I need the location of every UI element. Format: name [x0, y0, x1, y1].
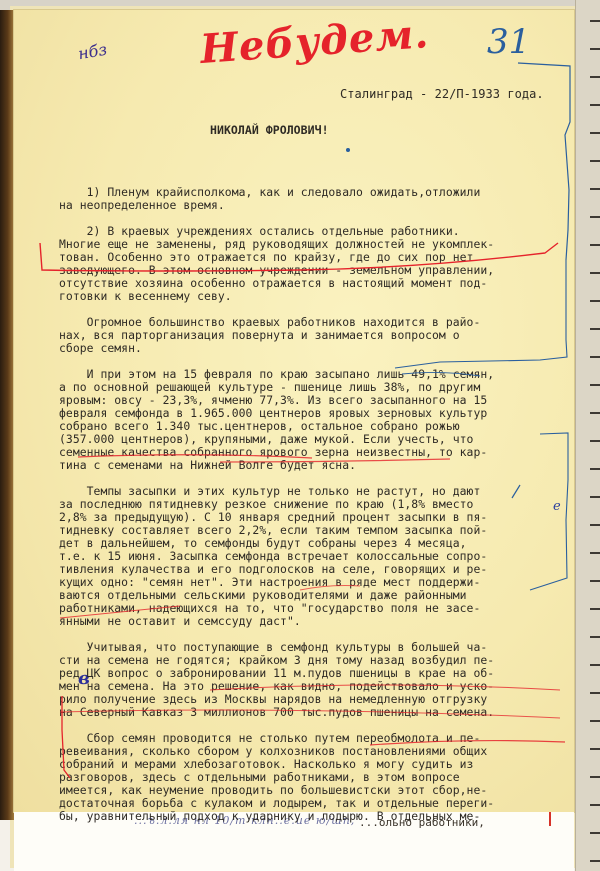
ruler-tick: [590, 468, 600, 470]
ruler-tick: [590, 132, 600, 134]
letter-line: янными не оставит и семссуду даст".: [59, 615, 301, 628]
ruler-tick: [590, 188, 600, 190]
letter-line: тина с семенами на Нижней Волге будет яс…: [59, 459, 356, 472]
ruler-tick: [590, 328, 600, 330]
ruler-tick: [590, 160, 600, 162]
ruler-tick: [590, 580, 600, 582]
letter-line: бы, уравнительный подход к ударнику и ло…: [59, 810, 480, 823]
ruler-tick: [590, 356, 600, 358]
binding-spine: [0, 10, 14, 820]
ruler-tick: [590, 552, 600, 554]
ruler-tick: [590, 244, 600, 246]
letter-line: готовки к весеннему севу.: [59, 290, 232, 303]
place-date: Сталинград - 22/П-1933 года.: [340, 88, 544, 101]
letter-line: на неопределенное время.: [59, 199, 225, 212]
salutation: НИКОЛАЙ ФРОЛОВИЧ!: [210, 124, 329, 137]
ruler-tick: [590, 384, 600, 386]
ruler-tick: [590, 272, 600, 274]
ruler-tick: [590, 48, 600, 50]
ruler-tick: [590, 412, 600, 414]
ruler-tick: [590, 76, 600, 78]
ruler-tick: [590, 776, 600, 778]
ruler-tick: [590, 524, 600, 526]
archive-ruler-strip: [575, 0, 600, 871]
page-number-annotation: 31: [487, 22, 530, 62]
letter-line: сборе семян.: [59, 342, 142, 355]
letter-line: на Северный Кавказ 3 миллионов 700 тыс.п…: [59, 706, 494, 719]
ruler-tick: [590, 748, 600, 750]
ruler-tick: [590, 20, 600, 22]
ruler-tick: [590, 496, 600, 498]
ruler-tick: [590, 608, 600, 610]
ruler-tick: [590, 664, 600, 666]
ruler-tick: [590, 440, 600, 442]
red-pencil-mark: [549, 812, 551, 826]
ruler-tick: [590, 300, 600, 302]
ruler-tick: [590, 216, 600, 218]
ruler-tick: [590, 832, 600, 834]
ruler-tick: [590, 804, 600, 806]
ruler-tick: [590, 692, 600, 694]
ruler-tick: [590, 104, 600, 106]
ruler-tick: [590, 720, 600, 722]
ruler-tick: [590, 860, 600, 862]
ruler-tick: [590, 636, 600, 638]
